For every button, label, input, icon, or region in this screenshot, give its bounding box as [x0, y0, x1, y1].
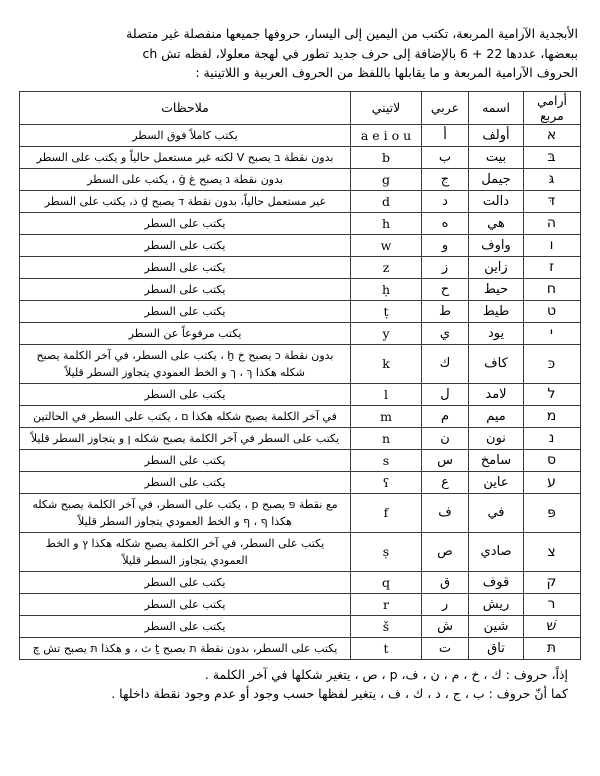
cell-latin-letter: k	[351, 344, 422, 383]
cell-letter-name: حيط	[469, 278, 524, 300]
cell-latin-letter: d	[351, 190, 422, 212]
cell-notes: بدون نقطة ג يصبح غ ġ ، يكتب على السطر	[20, 168, 351, 190]
letter-row: וواوفوwيكتب على السطر	[20, 234, 581, 256]
cell-arabic-letter: ك	[422, 344, 469, 383]
cell-arabic-letter: ز	[422, 256, 469, 278]
cell-notes: يكتب على السطر	[20, 449, 351, 471]
cell-notes: في آخر الكلمة يصبح شكله هكذا ם ، يكتب عل…	[20, 405, 351, 427]
letter-row: הهيهhيكتب على السطر	[20, 212, 581, 234]
cell-letter-name: أولف	[469, 124, 524, 146]
letter-row: מميممmفي آخر الكلمة يصبح شكله هكذا ם ، ي…	[20, 405, 581, 427]
cell-aramaic-letter: שׁ	[524, 615, 581, 637]
cell-letter-name: تاق	[469, 637, 524, 659]
footer-notes: إذاً، حروف : ك ، خ ، م ، ن ، ف، p ، ص ، …	[28, 665, 568, 704]
cell-aramaic-letter: י	[524, 322, 581, 344]
cell-letter-name: زاين	[469, 256, 524, 278]
cell-arabic-letter: د	[422, 190, 469, 212]
letter-row: צصاديصṣيكتب على السطر، في آخر الكلمة يصب…	[20, 532, 581, 571]
column-header: ملاحظات	[20, 91, 351, 124]
cell-latin-letter: t	[351, 637, 422, 659]
cell-latin-letter: m	[351, 405, 422, 427]
column-header: اسمه	[469, 91, 524, 124]
cell-arabic-letter: ط	[422, 300, 469, 322]
cell-aramaic-letter: תּ	[524, 637, 581, 659]
cell-aramaic-letter: ע	[524, 471, 581, 493]
cell-latin-letter: g	[351, 168, 422, 190]
intro-line-2: ببعضها، عددها 22 + 6 بالإضافة إلى حرف جد…	[22, 44, 578, 64]
cell-notes: يكتب على السطر	[20, 571, 351, 593]
cell-latin-letter: ṣ	[351, 532, 422, 571]
cell-aramaic-letter: כּ	[524, 344, 581, 383]
cell-latin-letter: a e i o u	[351, 124, 422, 146]
cell-latin-letter: h	[351, 212, 422, 234]
cell-latin-letter: ḥ	[351, 278, 422, 300]
cell-arabic-letter: ه	[422, 212, 469, 234]
cell-aramaic-letter: ה	[524, 212, 581, 234]
letter-row: יيوديyيكتب مرفوعاً عن السطر	[20, 322, 581, 344]
intro-line-1: الأبجدية الآرامية المربعة، تكتب من اليمي…	[22, 24, 578, 44]
cell-letter-name: جيمل	[469, 168, 524, 190]
cell-letter-name: هي	[469, 212, 524, 234]
letter-row: דּدالتدdغير مستعمل حالياً، بدون نقطة ד ي…	[20, 190, 581, 212]
cell-latin-letter: n	[351, 427, 422, 449]
cell-notes: يكتب على السطر في آخر الكلمة يصبح شكله ן…	[20, 427, 351, 449]
cell-aramaic-letter: בּ	[524, 146, 581, 168]
cell-notes: يكتب على السطر	[20, 212, 351, 234]
cell-letter-name: نون	[469, 427, 524, 449]
cell-aramaic-letter: צ	[524, 532, 581, 571]
letter-row: לلامدلlيكتب على السطر	[20, 383, 581, 405]
cell-notes: يكتب على السطر	[20, 615, 351, 637]
letter-row: טطيططṭيكتب على السطر	[20, 300, 581, 322]
letter-row: זزاينزzيكتب على السطر	[20, 256, 581, 278]
cell-letter-name: كاف	[469, 344, 524, 383]
letter-row: תּتاقتtيكتب على السطر، بدون نقطة ת يصبح …	[20, 637, 581, 659]
letter-row: פּفيفfمع نقطة פּ يصبح p ، يكتب على السطر…	[20, 493, 581, 532]
cell-letter-name: صادي	[469, 532, 524, 571]
cell-aramaic-letter: ו	[524, 234, 581, 256]
cell-latin-letter: š	[351, 615, 422, 637]
letter-row: כּكافكkبدون نقطة כ يصبح خ ḫ ، يكتب على ا…	[20, 344, 581, 383]
cell-letter-name: بيت	[469, 146, 524, 168]
cell-notes: يكتب على السطر، بدون نقطة ת يصبح ṯ ث ، و…	[20, 637, 351, 659]
cell-latin-letter: f	[351, 493, 422, 532]
cell-notes: يكتب كاملاً فوق السطر	[20, 124, 351, 146]
cell-aramaic-letter: א	[524, 124, 581, 146]
cell-letter-name: ميم	[469, 405, 524, 427]
cell-arabic-letter: ب	[422, 146, 469, 168]
document-page: الأبجدية الآرامية المربعة، تكتب من اليمي…	[0, 0, 600, 704]
cell-notes: يكتب على السطر	[20, 471, 351, 493]
letter-row: בּبيتبbبدون نقطة ב يصبح V لكنه غير مستعم…	[20, 146, 581, 168]
cell-letter-name: ريش	[469, 593, 524, 615]
cell-aramaic-letter: מ	[524, 405, 581, 427]
aramaic-alphabet-table: أرامي مربعاسمهعربيلاتينيملاحظات אأولفأa …	[19, 91, 581, 660]
letter-row: סسامخسsيكتب على السطر	[20, 449, 581, 471]
cell-aramaic-letter: דּ	[524, 190, 581, 212]
cell-aramaic-letter: ל	[524, 383, 581, 405]
cell-notes: مع نقطة פּ يصبح p ، يكتب على السطر، في آ…	[20, 493, 351, 532]
cell-latin-letter: b	[351, 146, 422, 168]
cell-aramaic-letter: ז	[524, 256, 581, 278]
cell-notes: يكتب على السطر، في آخر الكلمة يصبح شكله …	[20, 532, 351, 571]
cell-arabic-letter: س	[422, 449, 469, 471]
cell-latin-letter: l	[351, 383, 422, 405]
cell-aramaic-letter: נ	[524, 427, 581, 449]
cell-aramaic-letter: ק	[524, 571, 581, 593]
cell-aramaic-letter: ח	[524, 278, 581, 300]
cell-aramaic-letter: ט	[524, 300, 581, 322]
cell-notes: يكتب مرفوعاً عن السطر	[20, 322, 351, 344]
footer-line-2: كما أنّ حروف : ب ، ج ، د ، ك ، ف ، يتغير…	[28, 684, 568, 704]
column-header: لاتيني	[351, 91, 422, 124]
cell-letter-name: سامخ	[469, 449, 524, 471]
cell-notes: يكتب على السطر	[20, 278, 351, 300]
letter-row: גּجيملجgبدون نقطة ג يصبح غ ġ ، يكتب على …	[20, 168, 581, 190]
letter-row: שׁشينشšيكتب على السطر	[20, 615, 581, 637]
cell-notes: يكتب على السطر	[20, 383, 351, 405]
letter-row: קقوفقqيكتب على السطر	[20, 571, 581, 593]
cell-arabic-letter: ح	[422, 278, 469, 300]
cell-notes: يكتب على السطر	[20, 256, 351, 278]
cell-aramaic-letter: פּ	[524, 493, 581, 532]
cell-arabic-letter: ص	[422, 532, 469, 571]
cell-latin-letter: r	[351, 593, 422, 615]
letter-row: עعاينعʕيكتب على السطر	[20, 471, 581, 493]
cell-arabic-letter: أ	[422, 124, 469, 146]
column-header: عربي	[422, 91, 469, 124]
cell-arabic-letter: م	[422, 405, 469, 427]
cell-arabic-letter: ف	[422, 493, 469, 532]
cell-letter-name: واوف	[469, 234, 524, 256]
cell-latin-letter: z	[351, 256, 422, 278]
intro-line-3: الحروف الآرامية المربعة و ما يقابلها بال…	[22, 63, 578, 83]
column-header: أرامي مربع	[524, 91, 581, 124]
cell-notes: بدون نقطة ב يصبح V لكنه غير مستعمل حاليا…	[20, 146, 351, 168]
letter-row: אأولفأa e i o uيكتب كاملاً فوق السطر	[20, 124, 581, 146]
cell-notes: بدون نقطة כ يصبح خ ḫ ، يكتب على السطر، ف…	[20, 344, 351, 383]
letter-row: נنوننnيكتب على السطر في آخر الكلمة يصبح …	[20, 427, 581, 449]
cell-latin-letter: y	[351, 322, 422, 344]
cell-latin-letter: s	[351, 449, 422, 471]
cell-latin-letter: q	[351, 571, 422, 593]
cell-aramaic-letter: ר	[524, 593, 581, 615]
cell-notes: غير مستعمل حالياً، بدون نقطة ד يصبح ḏ ذ،…	[20, 190, 351, 212]
cell-letter-name: عاين	[469, 471, 524, 493]
cell-arabic-letter: ي	[422, 322, 469, 344]
cell-letter-name: في	[469, 493, 524, 532]
cell-latin-letter: ʕ	[351, 471, 422, 493]
table-header-row: أرامي مربعاسمهعربيلاتينيملاحظات	[20, 91, 581, 124]
cell-arabic-letter: ج	[422, 168, 469, 190]
letter-row: רريشرrيكتب على السطر	[20, 593, 581, 615]
footer-line-1: إذاً، حروف : ك ، خ ، م ، ن ، ف، p ، ص ، …	[28, 665, 568, 685]
cell-aramaic-letter: ס	[524, 449, 581, 471]
cell-arabic-letter: ل	[422, 383, 469, 405]
cell-letter-name: يود	[469, 322, 524, 344]
cell-latin-letter: ṭ	[351, 300, 422, 322]
cell-latin-letter: w	[351, 234, 422, 256]
cell-notes: يكتب على السطر	[20, 300, 351, 322]
cell-letter-name: شين	[469, 615, 524, 637]
cell-notes: يكتب على السطر	[20, 234, 351, 256]
cell-letter-name: طيط	[469, 300, 524, 322]
cell-arabic-letter: ن	[422, 427, 469, 449]
cell-letter-name: لامد	[469, 383, 524, 405]
cell-arabic-letter: ت	[422, 637, 469, 659]
intro-paragraph: الأبجدية الآرامية المربعة، تكتب من اليمي…	[22, 24, 578, 83]
cell-notes: يكتب على السطر	[20, 593, 351, 615]
cell-arabic-letter: ر	[422, 593, 469, 615]
cell-arabic-letter: ع	[422, 471, 469, 493]
cell-arabic-letter: و	[422, 234, 469, 256]
cell-letter-name: دالت	[469, 190, 524, 212]
cell-letter-name: قوف	[469, 571, 524, 593]
cell-arabic-letter: ش	[422, 615, 469, 637]
cell-aramaic-letter: גּ	[524, 168, 581, 190]
cell-arabic-letter: ق	[422, 571, 469, 593]
letter-row: חحيطحḥيكتب على السطر	[20, 278, 581, 300]
